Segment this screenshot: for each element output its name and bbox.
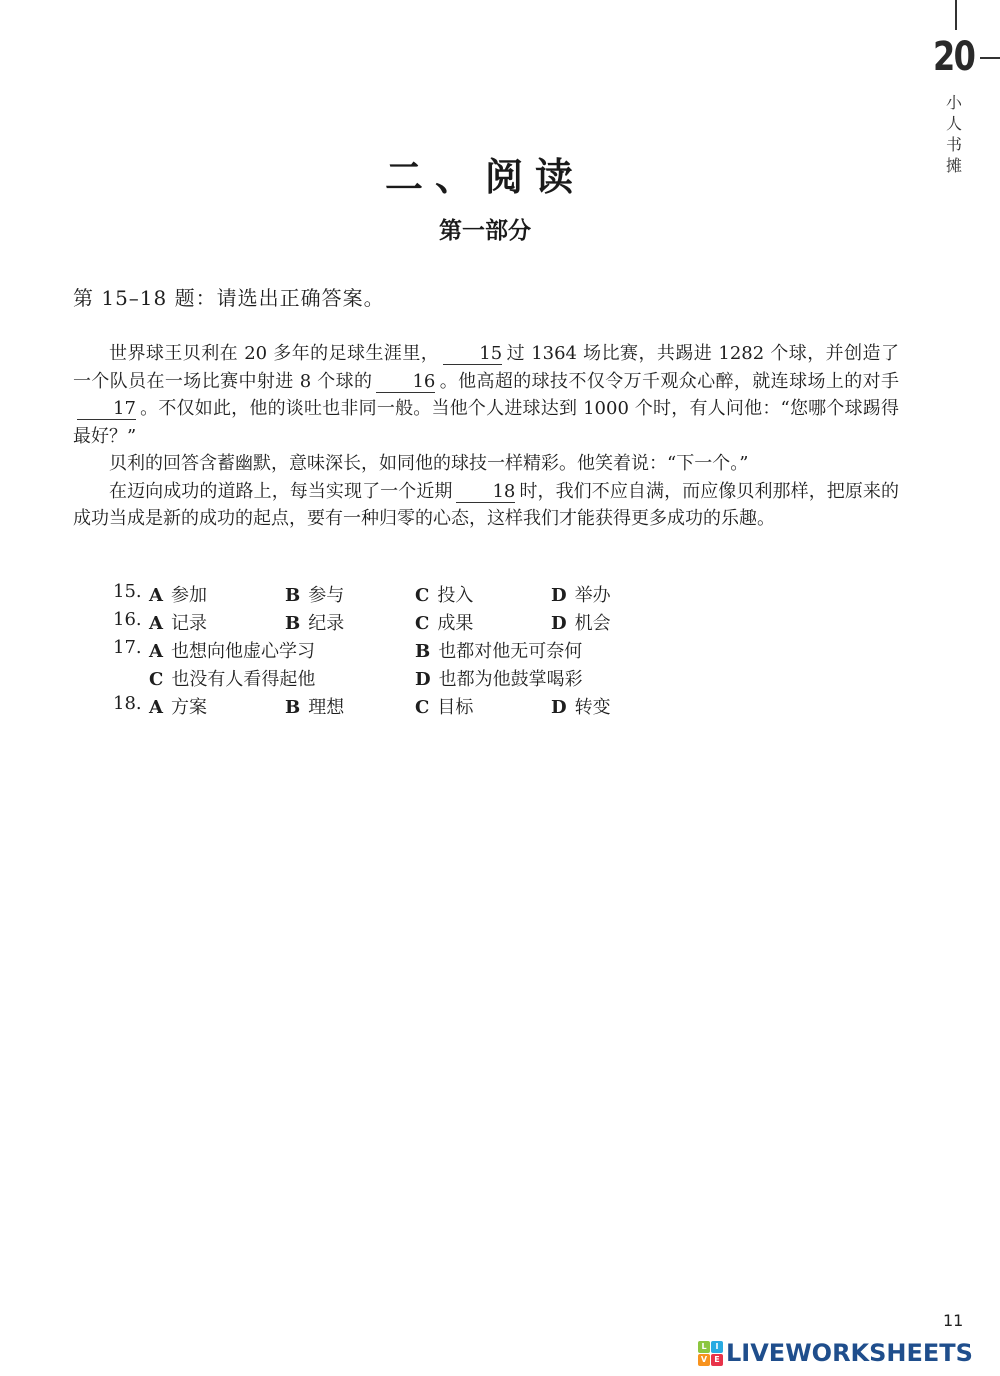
section-title: 二、阅读 — [0, 146, 970, 201]
option-text: 也都对他无可奈何 — [438, 641, 582, 662]
question-instruction: 第 15–18 题：请选出正确答案。 — [73, 282, 385, 311]
option-16-d[interactable]: D机会 — [551, 609, 611, 635]
option-text: 目标 — [437, 697, 473, 718]
option-text: 纪录 — [308, 613, 344, 634]
liveworksheets-logo-icon: L I V E — [698, 1341, 723, 1366]
option-text: 也没有人看得起他 — [171, 669, 315, 690]
option-text: 记录 — [171, 613, 207, 634]
option-letter: D — [415, 669, 431, 690]
liveworksheets-text: LIVEWORKSHEETS — [726, 1339, 973, 1367]
option-letter: A — [149, 613, 163, 634]
option-letter: B — [285, 585, 300, 606]
question-17-row-1: 17. A也想向他虚心学习 B也都对他无可奈何 — [113, 637, 673, 665]
option-text: 投入 — [437, 585, 473, 606]
question-number: 15. — [113, 581, 142, 602]
option-17-d[interactable]: D也都为他鼓掌喝彩 — [415, 665, 583, 691]
option-text: 成果 — [437, 613, 473, 634]
option-15-d[interactable]: D举办 — [551, 581, 611, 607]
option-16-a[interactable]: A记录 — [149, 609, 207, 635]
option-18-b[interactable]: B理想 — [285, 693, 344, 719]
option-letter: D — [551, 697, 567, 718]
passage-text: 在迈向成功的道路上，每当实现了一个近期 — [109, 481, 452, 502]
passage-text: 。不仅如此，他的谈吐也非同一般。当他个人进球达到 1000 个时，有人问他：“您… — [73, 398, 899, 447]
blank-18[interactable]: 18 — [456, 482, 515, 503]
option-16-c[interactable]: C成果 — [415, 609, 473, 635]
lesson-title-char: 小 — [942, 92, 966, 113]
side-divider-horizontal — [980, 57, 1000, 59]
option-letter: C — [415, 697, 429, 718]
passage-text: 。他高超的球技不仅令万千观众心醉，就连球场上的对手 — [439, 371, 899, 392]
option-17-a[interactable]: A也想向他虚心学习 — [149, 637, 315, 663]
option-15-b[interactable]: B参与 — [285, 581, 344, 607]
option-15-c[interactable]: C投入 — [415, 581, 473, 607]
option-letter: A — [149, 697, 163, 718]
option-letter: A — [149, 641, 163, 662]
option-text: 转变 — [575, 697, 611, 718]
option-text: 举办 — [575, 585, 611, 606]
option-15-a[interactable]: A参加 — [149, 581, 207, 607]
option-text: 理想 — [308, 697, 344, 718]
logo-letter: V — [698, 1354, 710, 1366]
option-letter: D — [551, 585, 567, 606]
option-letter: C — [415, 613, 429, 634]
logo-letter: E — [711, 1354, 723, 1366]
part-title: 第一部分 — [0, 212, 970, 245]
question-16: 16. A记录 B纪录 C成果 D机会 — [113, 609, 673, 637]
side-divider-vertical — [955, 0, 957, 30]
reading-passage: 世界球王贝利在 20 多年的足球生涯里，15过 1364 场比赛，共踢进 128… — [73, 340, 899, 533]
option-letter: B — [285, 697, 300, 718]
lesson-number: 20 — [933, 34, 974, 80]
option-letter: C — [149, 669, 163, 690]
option-text: 也都为他鼓掌喝彩 — [439, 669, 583, 690]
option-letter: A — [149, 585, 163, 606]
option-letter: B — [415, 641, 430, 662]
option-18-c[interactable]: C目标 — [415, 693, 473, 719]
blank-15[interactable]: 15 — [443, 344, 502, 365]
passage-paragraph-1: 世界球王贝利在 20 多年的足球生涯里，15过 1364 场比赛，共踢进 128… — [73, 340, 899, 450]
option-letter: C — [415, 585, 429, 606]
lesson-title-char: 人 — [942, 113, 966, 134]
question-18: 18. A方案 B理想 C目标 D转变 — [113, 693, 673, 721]
logo-letter: L — [698, 1341, 710, 1353]
option-18-d[interactable]: D转变 — [551, 693, 611, 719]
option-16-b[interactable]: B纪录 — [285, 609, 344, 635]
question-number: 18. — [113, 693, 142, 714]
option-text: 参加 — [171, 585, 207, 606]
option-18-a[interactable]: A方案 — [149, 693, 207, 719]
logo-letter: I — [711, 1341, 723, 1353]
liveworksheets-watermark: L I V E LIVEWORKSHEETS — [698, 1339, 973, 1367]
page-number: 11 — [943, 1311, 963, 1330]
question-number: 17. — [113, 637, 142, 658]
blank-16[interactable]: 16 — [376, 372, 435, 393]
option-17-b[interactable]: B也都对他无可奈何 — [415, 637, 582, 663]
option-text: 参与 — [308, 585, 344, 606]
question-17-row-2: C也没有人看得起他 D也都为他鼓掌喝彩 — [113, 665, 673, 693]
option-text: 方案 — [171, 697, 207, 718]
blank-17[interactable]: 17 — [77, 399, 136, 420]
option-17-c[interactable]: C也没有人看得起他 — [149, 665, 315, 691]
option-text: 也想向他虚心学习 — [171, 641, 315, 662]
passage-paragraph-3: 在迈向成功的道路上，每当实现了一个近期18时，我们不应自满，而应像贝利那样，把原… — [73, 478, 899, 533]
option-text: 机会 — [575, 613, 611, 634]
question-number: 16. — [113, 609, 142, 630]
question-15: 15. A参加 B参与 C投入 D举办 — [113, 581, 673, 609]
option-letter: D — [551, 613, 567, 634]
passage-paragraph-2: 贝利的回答含蓄幽默，意味深长，如同他的球技一样精彩。他笑着说：“下一个。” — [73, 450, 899, 478]
option-letter: B — [285, 613, 300, 634]
answer-options: 15. A参加 B参与 C投入 D举办 16. A记录 B纪录 C成果 D机会 … — [113, 581, 673, 721]
passage-text: 世界球王贝利在 20 多年的足球生涯里， — [109, 343, 439, 364]
